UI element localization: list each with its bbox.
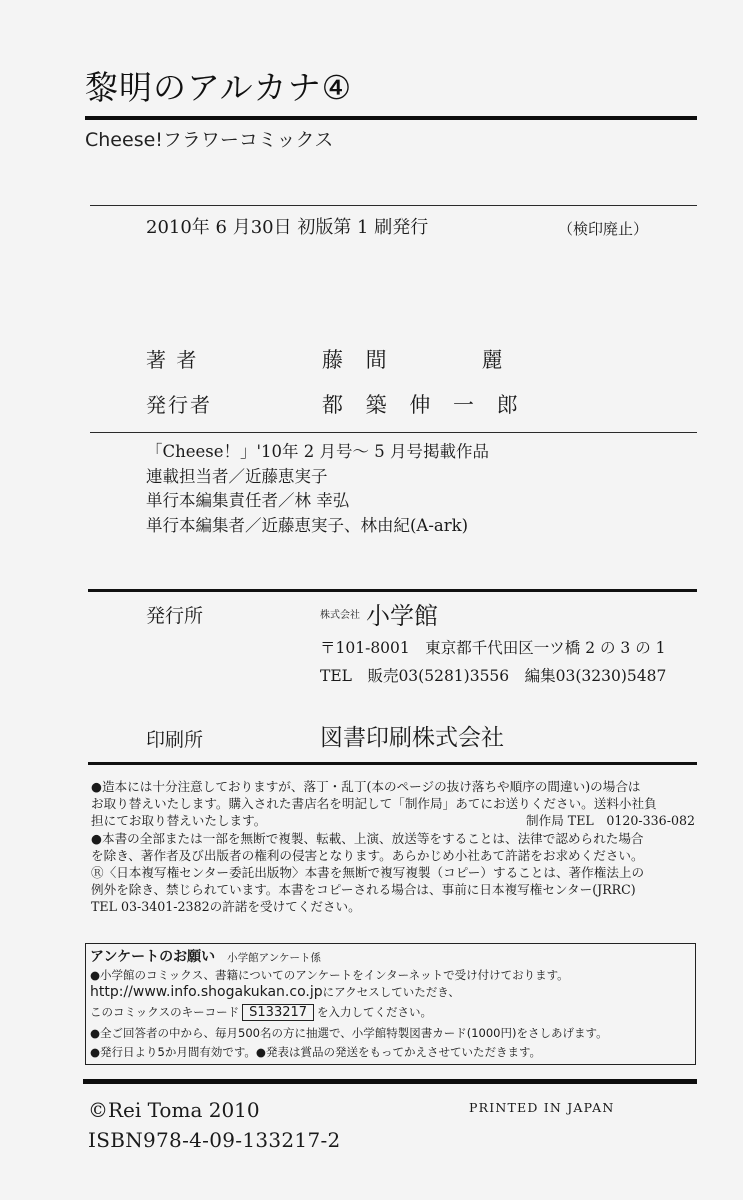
survey-title: アンケートのお願い [90, 949, 215, 965]
notice-line: を除き、著作者及び出版者の権利の侵害となります。あらかじめ小社あて許諾をお求めく… [91, 847, 697, 864]
notice-line: ●造本には十分注意しておりますが、落丁・乱丁(本のページの抜け落ちや順序の間違い… [91, 778, 697, 795]
survey-heading: アンケートのお願い小学館アンケート係 [90, 946, 321, 966]
notice-line: Ⓡ〈日本複写権センター委託出版物〉本書を無断で複写複製（コピー）することは、著作… [91, 864, 697, 881]
credit-line: 「Cheese！」'10年 2 月号～ 5 月号掲載作品 [146, 440, 489, 465]
survey-url-line: http://www.info.shogakukan.co.jpにアクセスしてい… [90, 984, 460, 1000]
author-name: 藤 間 麗 [322, 345, 511, 375]
notice-text: 担にてお取り替えいたします。 [91, 813, 266, 828]
credit-line: 単行本編集者／近藤恵実子、林由紀(A-ark) [146, 514, 489, 539]
credit-line: 単行本編集責任者／林 幸弘 [146, 489, 489, 514]
issuer-label: 発行者 [146, 390, 212, 420]
section-divider [90, 432, 697, 433]
section-divider [88, 762, 697, 765]
publisher-tel: TEL 販売03(5281)3556 編集03(3230)5487 [320, 664, 666, 688]
keycode-prefix: このコミックスのキーコード [90, 1005, 239, 1019]
issuer-name: 都 築 伸 一 郎 [322, 390, 526, 420]
publisher-label: 発行所 [146, 602, 203, 630]
survey-url[interactable]: http://www.info.shogakukan.co.jp [90, 984, 323, 1000]
book-title: 黎明のアルカナ④ [85, 68, 352, 108]
survey-line: ●小学館のコミックス、書籍についてのアンケートをインターネットで受け付けておりま… [90, 967, 569, 983]
printer-label: 印刷所 [146, 726, 203, 754]
survey-keycode-line: このコミックスのキーコードS133217を入力してください。 [90, 1004, 432, 1021]
legal-notice: ●造本には十分注意しておりますが、落丁・乱丁(本のページの抜け落ちや順序の間違い… [91, 778, 697, 916]
printer-name: 図書印刷株式会社 [320, 722, 504, 754]
survey-box: アンケートのお願い小学館アンケート係 ●小学館のコミックス、書籍についてのアンケ… [85, 943, 696, 1065]
notice-line: 例外を除き、禁じられています。本書をコピーされる場合は、事前に日本複写権センター… [91, 881, 697, 898]
company-name: 小学館 [366, 602, 438, 630]
survey-line: ●全ご回答者の中から、毎月500名の方に抽選で、小学館特製図書カード(1000円… [90, 1025, 608, 1041]
credits-block: 「Cheese！」'10年 2 月号～ 5 月号掲載作品 連載担当者／近藤恵実子… [146, 440, 489, 538]
survey-department: 小学館アンケート係 [227, 952, 321, 964]
survey-line: ●発行日より5か月間有効です。●発表は賞品の発送をもってかえさせていただきます。 [90, 1044, 541, 1060]
publication-date: 2010年 6 月30日 初版第 1 刷発行 [146, 214, 428, 242]
title-divider [85, 116, 697, 120]
keycode-suffix: を入力してください。 [317, 1005, 432, 1019]
section-divider [88, 589, 697, 592]
imprint-label: Cheese!フラワーコミックス [85, 126, 333, 154]
production-tel: 制作局 TEL 0120-336-082 [526, 812, 695, 829]
keycode-box: S133217 [242, 1004, 314, 1021]
publisher-company: 株式会社小学館 [320, 596, 438, 631]
notice-line: TEL 03-3401-2382の許諾を受けてください。 [91, 898, 697, 915]
publisher-address: 〒101-8001 東京都千代田区一ツ橋 2 の 3 の 1 [320, 636, 666, 660]
section-divider [90, 205, 697, 206]
notice-line-with-tel: 担にてお取り替えいたします。 制作局 TEL 0120-336-082 [91, 812, 697, 829]
printed-in-japan: PRINTED IN JAPAN [469, 1100, 614, 1115]
notice-line: ●本書の全部または一部を無断で複製、転載、上演、放送等をすることは、法律で認めら… [91, 830, 697, 847]
company-prefix: 株式会社 [320, 610, 360, 621]
notice-line: お取り替えいたします。購入された書店名を明記して「制作局」あてにお送りください。… [91, 795, 697, 812]
isbn: ISBN978-4-09-133217-2 [88, 1126, 341, 1154]
survey-url-suffix: にアクセスしていただき、 [323, 985, 460, 999]
footer-divider [83, 1079, 697, 1084]
stamp-note: （検印廃止） [558, 216, 648, 242]
copyright: ©Rei Toma 2010 [88, 1096, 260, 1124]
author-label: 著 者 [146, 345, 198, 375]
credit-line: 連載担当者／近藤恵実子 [146, 465, 489, 490]
